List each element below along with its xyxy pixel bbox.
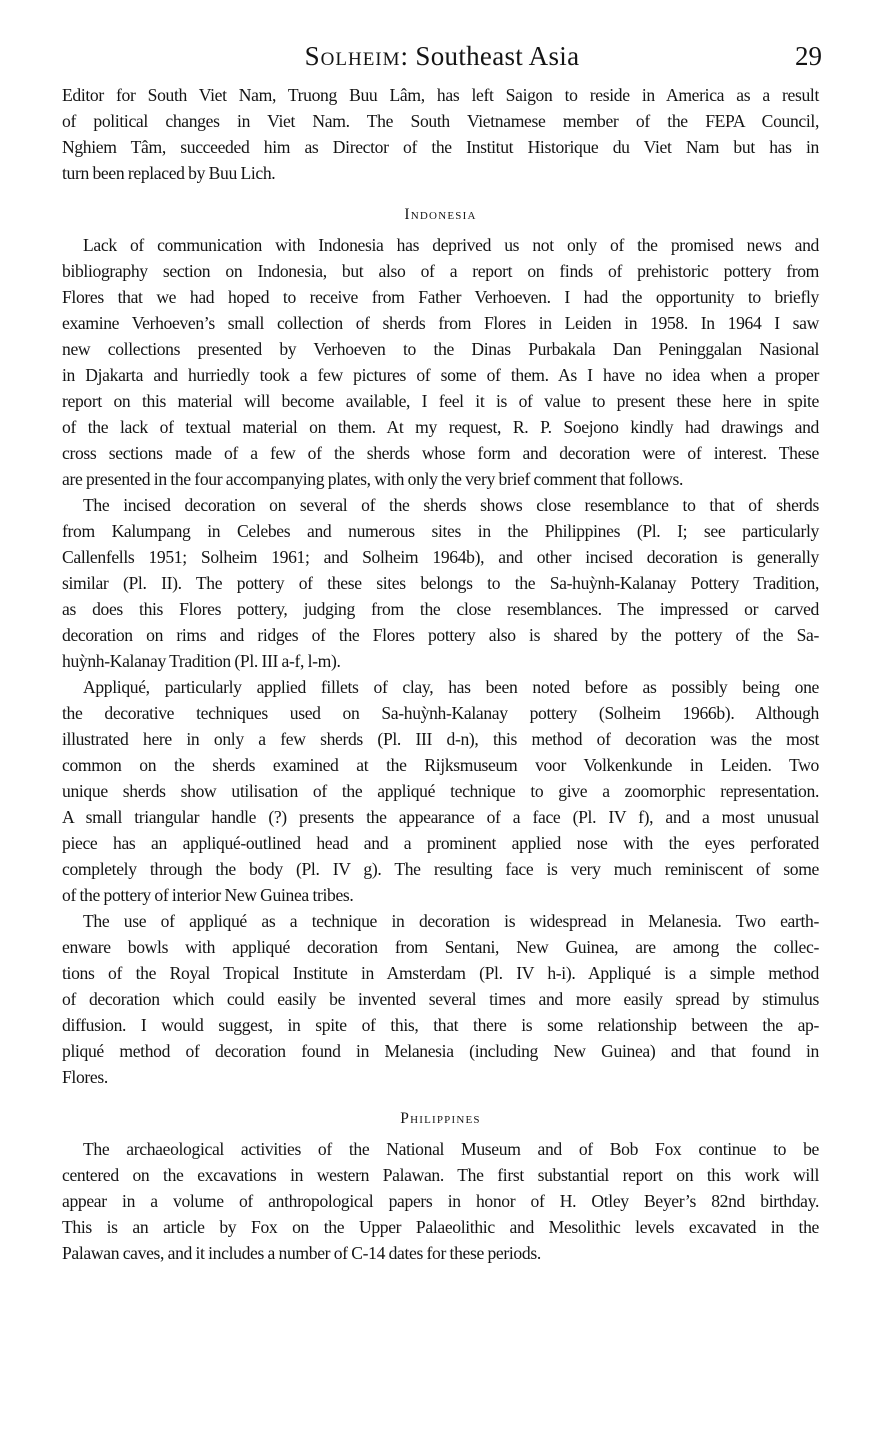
text-line: unique sherds show utilisation of the ap… <box>62 778 819 804</box>
text-line: as does this Flores pottery, judging fro… <box>62 596 819 622</box>
text-line: decoration on rims and ridges of the Flo… <box>62 622 819 648</box>
text-line: A small triangular handle (?) presents t… <box>62 804 819 830</box>
text-line: The use of appliqué as a technique in de… <box>62 908 819 934</box>
document-page: Solheim: Southeast Asia 29 Editor for So… <box>0 0 869 1444</box>
text-line: completely through the body (Pl. IV g). … <box>62 856 819 882</box>
text-line: examine Verhoeven’s small collection of … <box>62 310 819 336</box>
page-number: 29 <box>795 36 822 76</box>
text-line: tions of the Royal Tropical Institute in… <box>62 960 819 986</box>
section-heading-philippines: Philippines <box>62 1106 819 1132</box>
text-line: Nghiem Tâm, succeeded him as Director of… <box>62 134 819 160</box>
intro-paragraph: Editor for South Viet Nam, Truong Buu Lâ… <box>62 82 819 186</box>
text-line: appear in a volume of anthropological pa… <box>62 1188 819 1214</box>
text-line: centered on the excavations in western P… <box>62 1162 819 1188</box>
text-line: Lack of communication with Indonesia has… <box>62 232 819 258</box>
text-line: The incised decoration on several of the… <box>62 492 819 518</box>
text-line: enware bowls with appliqué decoration fr… <box>62 934 819 960</box>
text-line: Appliqué, particularly applied fillets o… <box>62 674 819 700</box>
running-head-title: Southeast Asia <box>415 41 579 71</box>
text-line: new collections presented by Verhoeven t… <box>62 336 819 362</box>
text-line: Flores that we had hoped to receive from… <box>62 284 819 310</box>
text-line: of political changes in Viet Nam. The So… <box>62 108 819 134</box>
text-line: of the pottery of interior New Guinea tr… <box>62 882 819 908</box>
running-head-separator: : <box>401 41 416 71</box>
text-line: The archaeological activities of the Nat… <box>62 1136 819 1162</box>
text-line: from Kalumpang in Celebes and numerous s… <box>62 518 819 544</box>
text-line: illustrated here in only a few sherds (P… <box>62 726 819 752</box>
text-line: are presented in the four accompanying p… <box>62 466 819 492</box>
text-line: the decorative techniques used on Sa-huỳ… <box>62 700 819 726</box>
text-line: turn been replaced by Buu Lich. <box>62 160 819 186</box>
running-head: Solheim: Southeast Asia 29 <box>62 36 822 76</box>
text-line: Palawan caves, and it includes a number … <box>62 1240 819 1266</box>
running-title: Solheim: Southeast Asia <box>62 36 822 76</box>
philippines-paragraph-1: The archaeological activities of the Nat… <box>62 1136 819 1266</box>
text-line: common on the sherds examined at the Rij… <box>62 752 819 778</box>
text-line: huỳnh-Kalanay Tradition (Pl. III a-f, l-… <box>62 648 819 674</box>
text-line: This is an article by Fox on the Upper P… <box>62 1214 819 1240</box>
text-line: piece has an appliqué-outlined head and … <box>62 830 819 856</box>
text-line: Flores. <box>62 1064 819 1090</box>
indonesia-paragraph-2: The incised decoration on several of the… <box>62 492 819 674</box>
text-line: cross sections made of a few of the sher… <box>62 440 819 466</box>
indonesia-paragraph-3: Appliqué, particularly applied fillets o… <box>62 674 819 908</box>
body-text: Editor for South Viet Nam, Truong Buu Lâ… <box>62 82 819 1266</box>
text-line: Callenfells 1951; Solheim 1961; and Solh… <box>62 544 819 570</box>
text-line: Editor for South Viet Nam, Truong Buu Lâ… <box>62 82 819 108</box>
text-line: similar (Pl. II). The pottery of these s… <box>62 570 819 596</box>
indonesia-paragraph-1: Lack of communication with Indonesia has… <box>62 232 819 492</box>
text-line: of decoration which could easily be inve… <box>62 986 819 1012</box>
text-line: pliqué method of decoration found in Mel… <box>62 1038 819 1064</box>
text-line: in Djakarta and hurriedly took a few pic… <box>62 362 819 388</box>
indonesia-paragraph-4: The use of appliqué as a technique in de… <box>62 908 819 1090</box>
text-line: bibliography section on Indonesia, but a… <box>62 258 819 284</box>
section-heading-indonesia: Indonesia <box>62 202 819 228</box>
text-line: diffusion. I would suggest, in spite of … <box>62 1012 819 1038</box>
running-head-author: Solheim <box>305 41 401 71</box>
text-line: report on this material will become avai… <box>62 388 819 414</box>
text-line: of the lack of textual material on them.… <box>62 414 819 440</box>
